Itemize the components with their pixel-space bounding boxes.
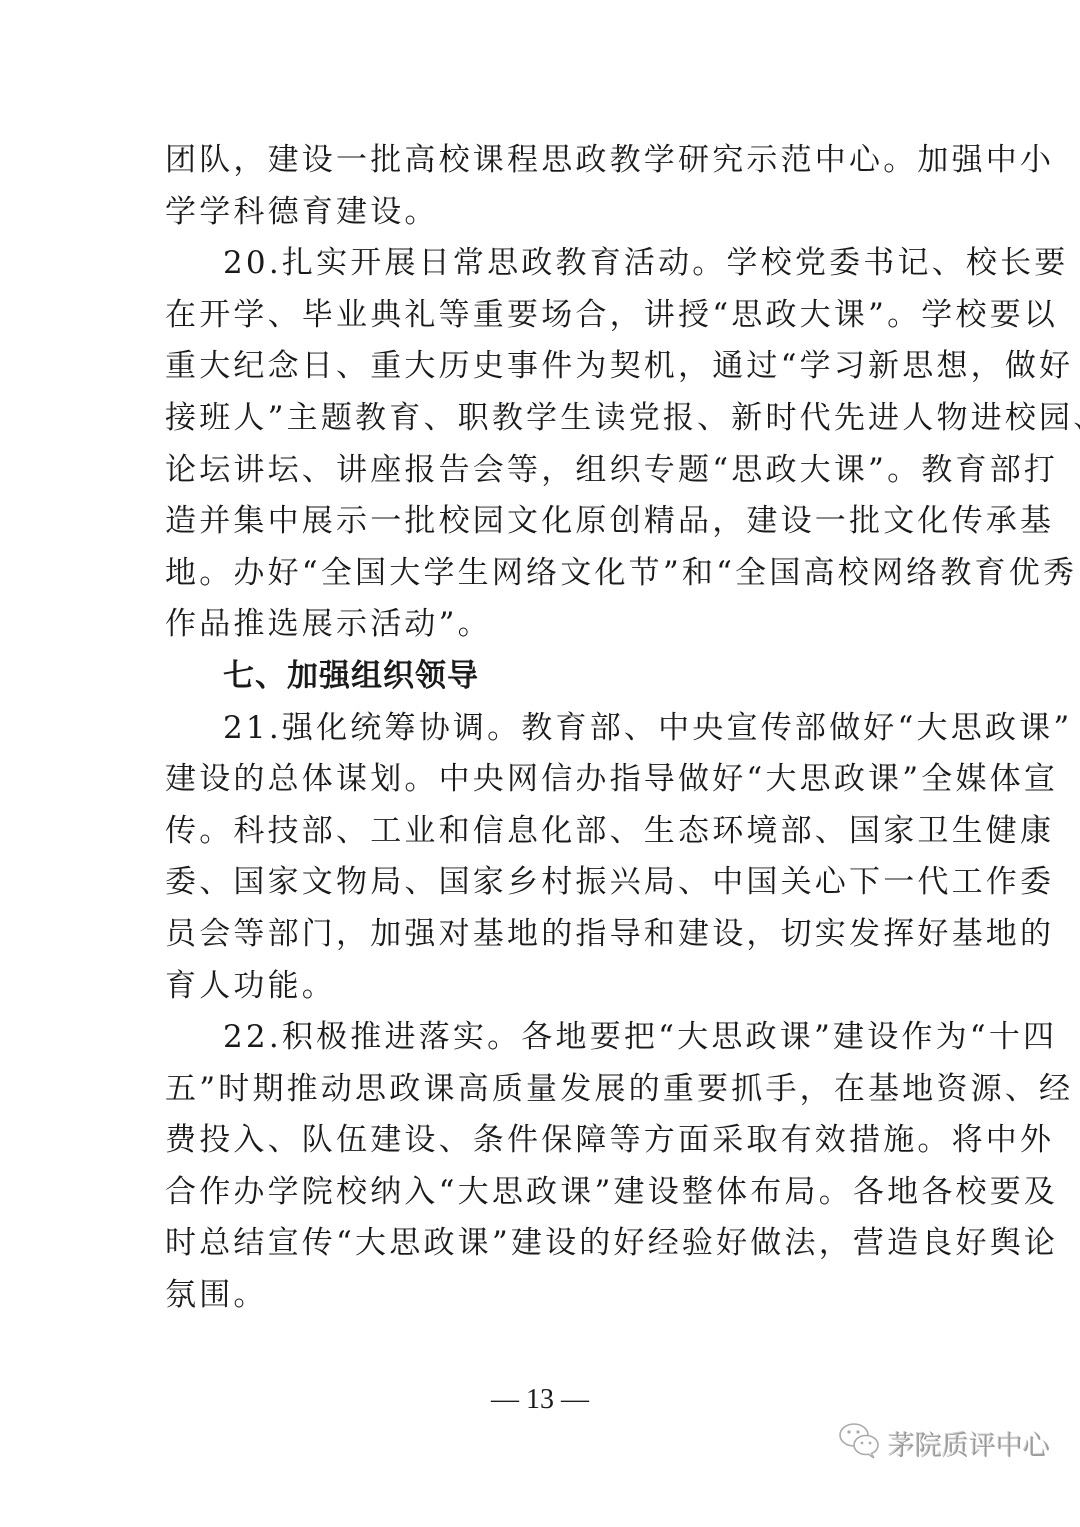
- text-line: 传。科技部、工业和信息化部、生态环境部、国家卫生健康: [165, 806, 917, 858]
- page-number: — 13 —: [0, 1384, 1080, 1416]
- wechat-icon: [838, 1420, 882, 1467]
- watermark: 茅院质评中心: [838, 1418, 1050, 1468]
- text-line: 五”时期推动思政课高质量发展的重要抓手，在基地资源、经: [165, 1064, 917, 1116]
- paragraph-22-start: 22.积极推进落实。各地要把“大思政课”建设作为“十四: [165, 1012, 917, 1064]
- text-line: 造并集中展示一批校园文化原创精品，建设一批文化传承基: [165, 496, 917, 548]
- document-body: 团队，建设一批高校课程思政教学研究示范中心。加强中小 学学科德育建设。 20.扎…: [165, 135, 917, 1322]
- text-line: 时总结宣传“大思政课”建设的好经验好做法，营造良好舆论: [165, 1218, 917, 1270]
- text-line: 建设的总体谋划。中央网信办指导做好“大思政课”全媒体宣: [165, 754, 917, 806]
- text-line: 在开学、毕业典礼等重要场合，讲授“思政大课”。学校要以: [165, 290, 917, 342]
- text-line: 氛围。: [165, 1270, 917, 1322]
- section-heading: 七、加强组织领导: [165, 651, 917, 703]
- text-line: 地。办好“全国大学生网络文化节”和“全国高校网络教育优秀: [165, 548, 917, 600]
- text-line: 团队，建设一批高校课程思政教学研究示范中心。加强中小: [165, 135, 917, 187]
- text-line: 论坛讲坛、讲座报告会等，组织专题“思政大课”。教育部打: [165, 445, 917, 497]
- text-line: 接班人”主题教育、职教学生读党报、新时代先进人物进校园、: [165, 393, 917, 445]
- text-line: 学学科德育建设。: [165, 187, 917, 239]
- text-line: 费投入、队伍建设、条件保障等方面采取有效措施。将中外: [165, 1115, 917, 1167]
- text-line: 育人功能。: [165, 961, 917, 1013]
- text-line: 重大纪念日、重大历史事件为契机，通过“学习新思想，做好: [165, 341, 917, 393]
- text-line: 作品推选展示活动”。: [165, 599, 917, 651]
- paragraph-21-start: 21.强化统筹协调。教育部、中央宣传部做好“大思政课”: [165, 703, 917, 755]
- text-line: 委、国家文物局、国家乡村振兴局、中国关心下一代工作委: [165, 857, 917, 909]
- text-line: 员会等部门，加强对基地的指导和建设，切实发挥好基地的: [165, 909, 917, 961]
- watermark-label: 茅院质评中心: [888, 1424, 1050, 1463]
- text-line: 合作办学院校纳入“大思政课”建设整体布局。各地各校要及: [165, 1167, 917, 1219]
- paragraph-20-start: 20.扎实开展日常思政教育活动。学校党委书记、校长要: [165, 238, 917, 290]
